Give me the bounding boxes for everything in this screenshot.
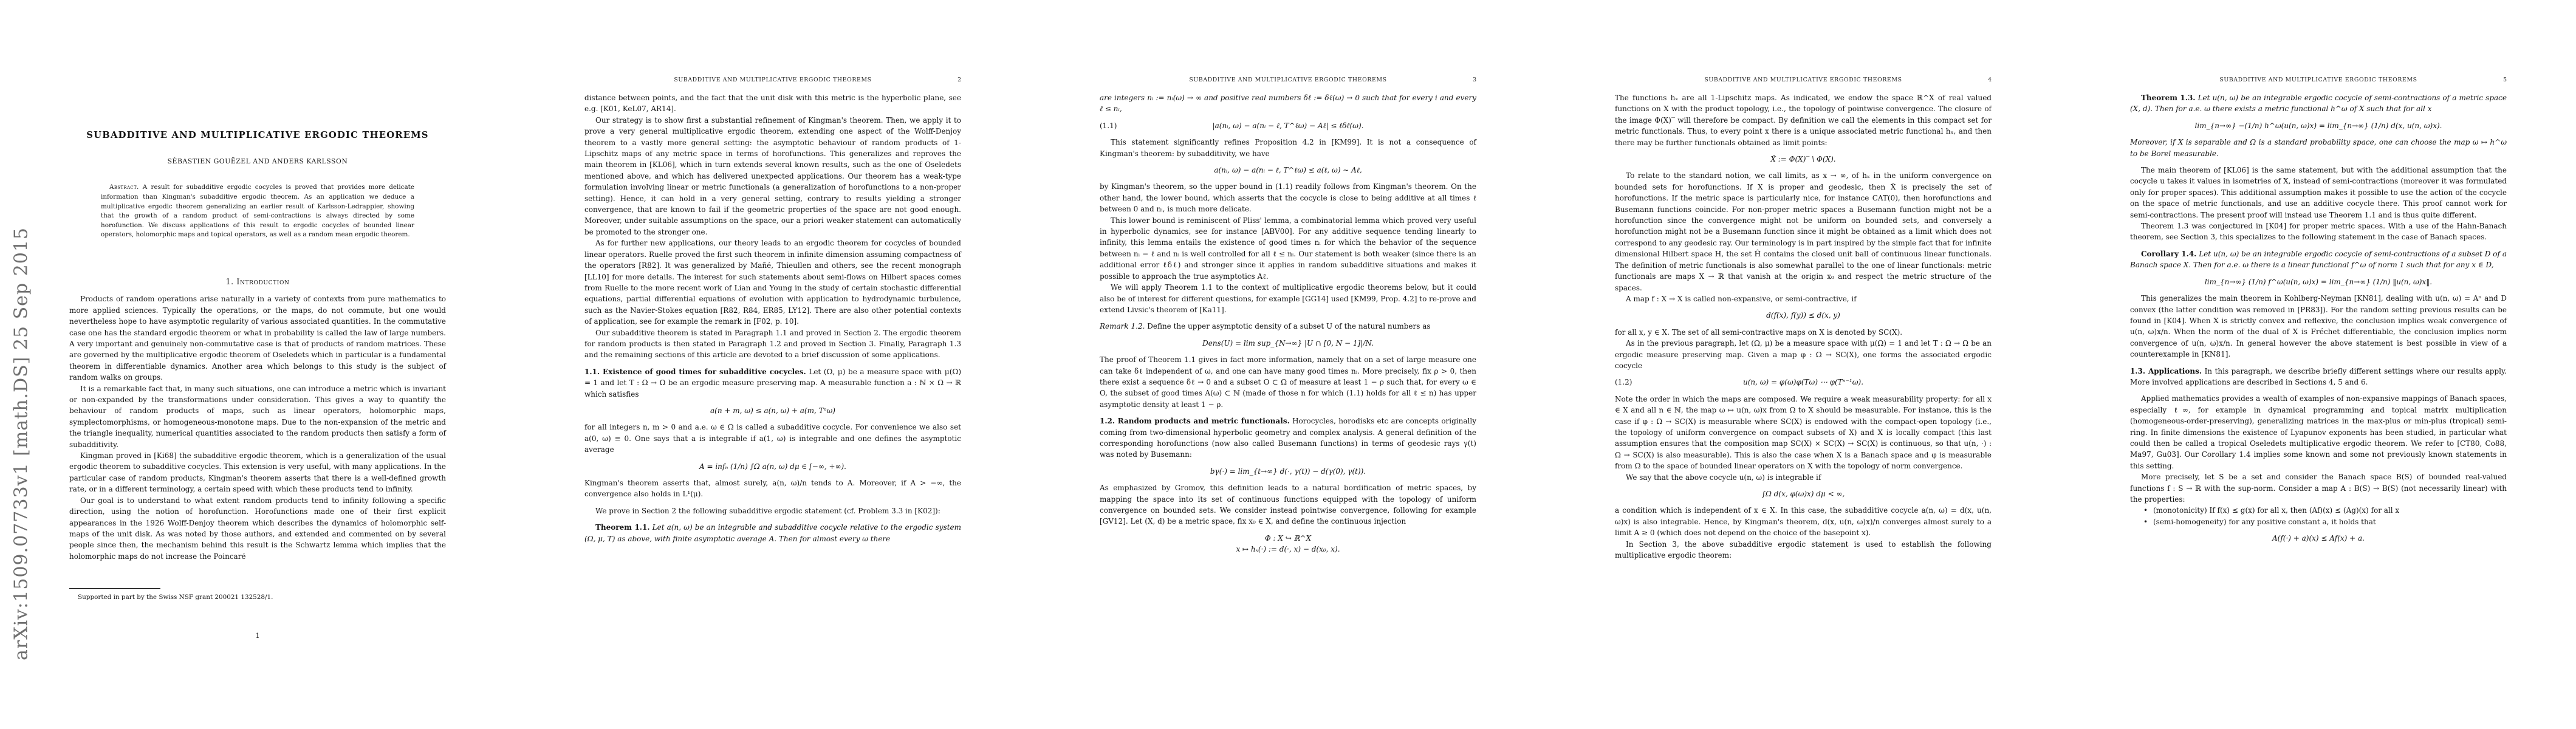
paragraph: Products of random operations arise natu…	[69, 293, 446, 383]
display-equation-phi-image: x ↦ hₓ(·) := d(·, x) − d(x₀, x).	[1100, 544, 1476, 555]
page-number: 2	[957, 77, 961, 83]
subsection-1-2: 1.2. Random products and metric function…	[1100, 416, 1476, 460]
arxiv-watermark: arXiv:1509.07733v1 [math.DS] 25 Sep 2015	[9, 194, 34, 693]
equation-1-1-body: |a(nᵢ, ω) − a(nᵢ − ℓ, T^ℓω) − Aℓ| ≤ ℓδℓ(…	[1213, 122, 1364, 130]
paragraph: Kingman's theorem asserts that, almost s…	[584, 477, 961, 500]
page-2-content: distance between points, and the fact th…	[584, 92, 961, 544]
running-header-title: SUBADDITIVE AND MULTIPLICATIVE ERGODIC T…	[1189, 77, 1386, 83]
list-item-semi-homogeneity: (semi-homogeneity) for any positive cons…	[2143, 516, 2507, 527]
page-number: 5	[2503, 77, 2507, 83]
paragraph: As emphasized by Gromov, this definition…	[1100, 482, 1476, 527]
display-equation-busemann: bγ(·) = lim_{t→∞} d(·, γ(t)) − d(γ(0), γ…	[1100, 466, 1476, 477]
paragraph: Our strategy is to show first a substant…	[584, 115, 961, 238]
list-item-monotonicity: (monotonicity) If f(x) ≤ g(x) for all x,…	[2143, 505, 2507, 516]
remark-1-2-label: Remark 1.2.	[1100, 322, 1145, 330]
display-equation-upper-bound: a(nᵢ, ω) − a(nᵢ − ℓ, T^ℓω) ≤ a(ℓ, ω) ∼ A…	[1100, 165, 1476, 176]
display-equation-integrability: ∫Ω d(x, φ(ω)x) dμ < ∞,	[1615, 488, 1992, 499]
subsection-1-2-heading: 1.2. Random products and metric function…	[1100, 417, 1290, 425]
paragraph: A map f : X → X is called non-expansive,…	[1615, 293, 1992, 304]
display-equation-xhat: X̂ := Φ(X)‾ \ Φ(X).	[1615, 154, 1992, 165]
abstract-text: A result for subadditive ergodic cocycle…	[101, 183, 414, 238]
running-header: SUBADDITIVE AND MULTIPLICATIVE ERGODIC T…	[2130, 77, 2507, 83]
corollary-1-4: Corollary 1.4. Let u(n, ω) be an integra…	[2130, 248, 2507, 271]
display-equation-phi-map: Φ : X ↪ ℝ^X	[1100, 533, 1476, 544]
theorem-1-3: Theorem 1.3. Let u(n, ω) be an integrabl…	[2130, 92, 2507, 115]
paragraph: This statement significantly refines Pro…	[1100, 137, 1476, 159]
running-header: SUBADDITIVE AND MULTIPLICATIVE ERGODIC T…	[1100, 77, 1476, 83]
theorem-1-1: Theorem 1.1. Let a(n, ω) be an integrabl…	[584, 522, 961, 544]
paragraph: for all integers n, m > 0 and a.e. ω ∈ Ω…	[584, 422, 961, 455]
running-header: SUBADDITIVE AND MULTIPLICATIVE ERGODIC T…	[584, 77, 961, 83]
paragraph: We will apply Theorem 1.1 to the context…	[1100, 282, 1476, 315]
abstract-label: Abstract.	[109, 183, 139, 191]
paragraph: The main theorem of [KL06] is the same s…	[2130, 165, 2507, 221]
page-3-content: are integers nᵢ := nᵢ(ω) → ∞ and positiv…	[1100, 92, 1476, 561]
paragraph: by Kingman's theorem, so the upper bound…	[1100, 181, 1476, 214]
page-1: arXiv:1509.07733v1 [math.DS] 25 Sep 2015…	[0, 0, 515, 729]
display-equation-semi-homogeneity: A(f(·) + a)(x) ≤ Af(x) + a.	[2130, 533, 2507, 544]
equation-1-1: (1.1) |a(nᵢ, ω) − a(nᵢ − ℓ, T^ℓω) − Aℓ| …	[1100, 120, 1476, 131]
display-equation-semicontraction: d(f(x), f(y)) ≤ d(x, y)	[1615, 310, 1992, 321]
section-heading-introduction: 1. Introduction	[69, 276, 446, 287]
page-3: SUBADDITIVE AND MULTIPLICATIVE ERGODIC T…	[1030, 0, 1546, 729]
abstract: Abstract. A result for subadditive ergod…	[101, 183, 414, 240]
paper-authors: SÉBASTIEN GOUËZEL AND ANDERS KARLSSON	[69, 156, 446, 167]
paragraph: The proof of Theorem 1.1 gives in fact m…	[1100, 354, 1476, 410]
equation-number: (1.2)	[1615, 377, 1632, 388]
paragraph: We say that the above cocycle u(n, ω) is…	[1615, 472, 1992, 483]
paragraph: To relate to the standard notion, we cal…	[1615, 170, 1992, 293]
paragraph: Note the order in which the maps are com…	[1615, 394, 1992, 472]
display-equation-density: Dens(U) = lim sup_{N→∞} |U ∩ [0, N − 1]|…	[1100, 338, 1476, 349]
paragraph: More precisely, let S be a set and consi…	[2130, 471, 2507, 505]
page-5: SUBADDITIVE AND MULTIPLICATIVE ERGODIC T…	[2061, 0, 2576, 729]
paragraph: We prove in Section 2 the following suba…	[584, 505, 961, 516]
equation-1-2: (1.2) u(n, ω) = φ(ω)φ(Tω) ⋯ φ(Tⁿ⁻¹ω).	[1615, 377, 1992, 388]
remark-1-2: Remark 1.2. Define the upper asymptotic …	[1100, 321, 1476, 332]
subsection-1-3-heading: 1.3. Applications.	[2130, 367, 2202, 375]
paragraph: It is a remarkable fact that, in many su…	[69, 383, 446, 450]
subsection-1-1: 1.1. Existence of good times for subaddi…	[584, 366, 961, 400]
corollary-1-4-label: Corollary 1.4.	[2141, 250, 2196, 258]
paragraph: Theorem 1.3 was conjectured in [K04] for…	[2130, 221, 2507, 243]
page-1-content: SUBADDITIVE AND MULTIPLICATIVE ERGODIC T…	[69, 129, 446, 562]
running-header-title: SUBADDITIVE AND MULTIPLICATIVE ERGODIC T…	[674, 77, 871, 83]
paragraph: This generalizes the main theorem in Koh…	[2130, 293, 2507, 360]
running-header: SUBADDITIVE AND MULTIPLICATIVE ERGODIC T…	[1615, 77, 1992, 83]
running-header-title: SUBADDITIVE AND MULTIPLICATIVE ERGODIC T…	[2219, 77, 2417, 83]
display-equation-corollary-1-4: lim_{n→∞} (1/n) f^ω(u(n, ω)x) = lim_{n→∞…	[2130, 276, 2507, 287]
paragraph: In Section 3, the above subadditive ergo…	[1615, 539, 1992, 561]
page-5-content: Theorem 1.3. Let u(n, ω) be an integrabl…	[2130, 92, 2507, 550]
footnote: Supported in part by the Swiss NSF grant…	[69, 593, 446, 602]
remark-1-2-text: Define the upper asymptotic density of a…	[1147, 322, 1430, 330]
theorem-1-3-moreover: Moreover, if X is separable and Ω is a s…	[2130, 137, 2507, 159]
page-number: 1	[0, 632, 515, 640]
equation-1-2-body: u(n, ω) = φ(ω)φ(Tω) ⋯ φ(Tⁿ⁻¹ω).	[1743, 378, 1863, 386]
page-2: SUBADDITIVE AND MULTIPLICATIVE ERGODIC T…	[515, 0, 1030, 729]
page-number: 3	[1473, 77, 1476, 83]
paragraph: distance between points, and the fact th…	[584, 92, 961, 115]
paragraph: Our subadditive theorem is stated in Par…	[584, 327, 961, 361]
running-header-title: SUBADDITIVE AND MULTIPLICATIVE ERGODIC T…	[1704, 77, 1902, 83]
display-equation-asymptotic-average: A = infₙ (1/n) ∫Ω a(n, ω) dμ ∈ [−∞, +∞).	[584, 461, 961, 472]
page-4-content: The functions hₓ are all 1-Lipschitz map…	[1615, 92, 1992, 561]
paragraph: The functions hₓ are all 1-Lipschitz map…	[1615, 92, 1992, 148]
paragraph: Kingman proved in [Ki68] the subadditive…	[69, 450, 446, 495]
subsection-1-3: 1.3. Applications. In this paragraph, we…	[2130, 366, 2507, 388]
page-4: SUBADDITIVE AND MULTIPLICATIVE ERGODIC T…	[1546, 0, 2061, 729]
theorem-1-1-label: Theorem 1.1.	[595, 523, 650, 532]
paragraph: As for further new applications, our the…	[584, 238, 961, 327]
paragraph: As in the previous paragraph, let (Ω, μ)…	[1615, 338, 1992, 371]
equation-number: (1.1)	[1100, 120, 1117, 131]
paragraph: This lower bound is reminiscent of Pliss…	[1100, 215, 1476, 282]
subsection-1-1-heading: 1.1. Existence of good times for subaddi…	[584, 368, 806, 376]
footnote-rule	[69, 588, 160, 589]
theorem-1-3-label: Theorem 1.3.	[2141, 94, 2195, 102]
paragraph: Our goal is to understand to what extent…	[69, 495, 446, 562]
paragraph: a condition which is independent of x ∈ …	[1615, 505, 1992, 538]
paper-title: SUBADDITIVE AND MULTIPLICATIVE ERGODIC T…	[69, 129, 446, 141]
page-number: 4	[1988, 77, 1992, 83]
display-equation-theorem-1-3: lim_{n→∞} −(1/n) h^ω(u(n, ω)x) = lim_{n→…	[2130, 120, 2507, 131]
theorem-1-1-continuation: are integers nᵢ := nᵢ(ω) → ∞ and positiv…	[1100, 92, 1476, 115]
paragraph: for all x, y ∈ X. The set of all semi-co…	[1615, 327, 1992, 338]
paragraph: Applied mathematics provides a wealth of…	[2130, 393, 2507, 471]
display-equation-subadditivity: a(n + m, ω) ≤ a(n, ω) + a(m, Tⁿω)	[584, 405, 961, 416]
